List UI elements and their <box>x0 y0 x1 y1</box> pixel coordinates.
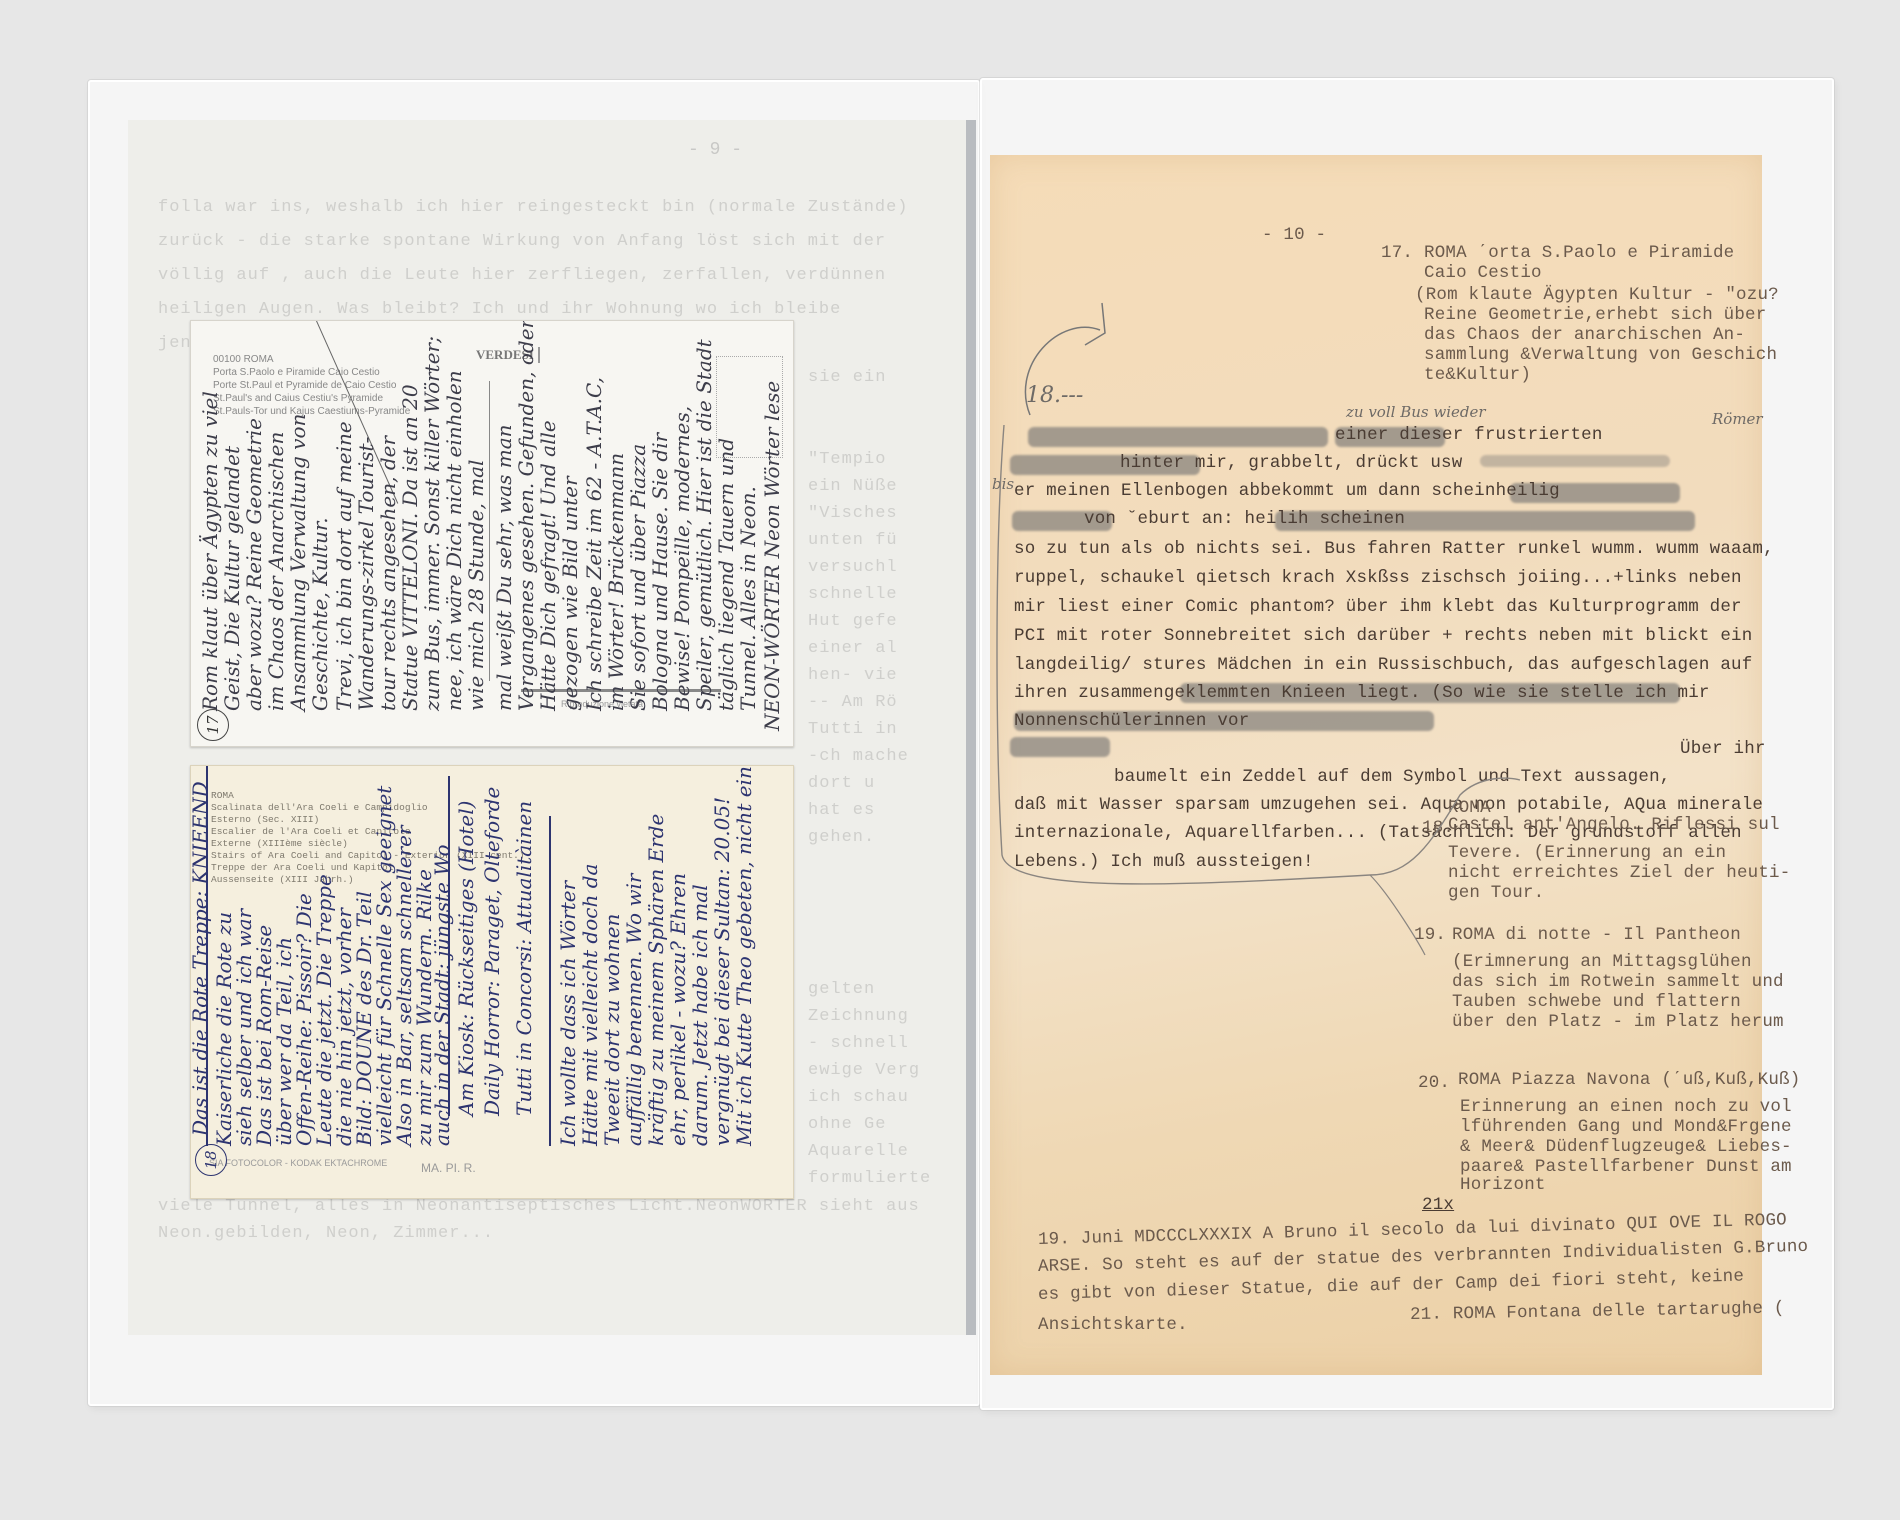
card-number-18: 18 <box>195 1144 227 1176</box>
paragraph-line: ihren zusammengeklemmten Knieen liegt. (… <box>1014 683 1710 703</box>
bg-line: "Tempio <box>808 450 886 469</box>
paragraph-line: PCI mit roter Sonnebreitet sich darüber … <box>1014 626 1752 646</box>
paragraph-line: mir liest einer Comic phantom? über ihm … <box>1014 597 1742 617</box>
entry-17-body: Reine Geometrie,erhebt sich über <box>1424 305 1766 325</box>
paragraph-line: von ˘eburt an: heilih scheinen <box>1084 509 1405 529</box>
bg-line: folla war ins, weshalb ich hier reingest… <box>158 198 909 217</box>
entry-20-line: & Meer& Düdenflugzeuge& Liebes- <box>1460 1137 1792 1157</box>
paragraph-line: hinter mir, grabbelt, drückt usw <box>1120 453 1462 473</box>
entry-20-title: ROMA Piazza Navona (ˊuß,Kuß,Kuß) <box>1458 1070 1800 1090</box>
bg-line: völlig auf , auch die Leute hier zerflie… <box>158 266 886 285</box>
bg-line: ich schau <box>808 1088 909 1107</box>
page-number: - 9 - <box>688 140 742 160</box>
bruno-line: Ansichtskarte. <box>1038 1315 1188 1335</box>
handwriting-line: Daily Horror: Paraget, Olteforde <box>479 776 505 1116</box>
paragraph-line: er meinen Ellenbogen abbekommt um dann s… <box>1014 481 1560 501</box>
marker-21x: 21x <box>1422 1195 1454 1215</box>
paragraph-line: Lebens.) Ich muß aussteigen! <box>1014 852 1314 872</box>
entry-20-line: paare& Pastellfarbener Dunst am <box>1460 1157 1792 1177</box>
bg-line: gelten <box>808 980 875 999</box>
page-number: - 10 - <box>1262 225 1326 245</box>
bg-line: unten fü <box>808 531 898 550</box>
bg-line: hat es <box>808 801 875 820</box>
entry-20-line: Horizont <box>1460 1175 1546 1195</box>
pencil-note-bus: zu voll Bus wieder <box>1346 403 1486 421</box>
paragraph-line: Über ihr <box>1680 739 1766 759</box>
entry-17-number: 17. <box>1381 243 1413 263</box>
bg-line: versuchl <box>808 558 898 577</box>
entry-21: 21. ROMA Fontana delle tartarughe ( <box>1410 1298 1785 1325</box>
bg-line: einer al <box>808 639 898 658</box>
paragraph-line: baumelt ein Zeddel auf dem Symbol und Te… <box>1114 767 1671 787</box>
paragraph-line: ruppel, schaukel qietsch krach Xskßss zi… <box>1014 568 1742 588</box>
entry-17-title: ROMA ˊorta S.Paolo e Piramide <box>1424 243 1734 263</box>
pencil-note-bis: bis <box>992 475 1014 493</box>
entry-17-body: das Chaos der anarchischen An- <box>1424 325 1745 345</box>
handwriting-line: Tunnel. Alles in Neon. <box>735 461 761 711</box>
entry-19-number: 19. <box>1414 925 1446 945</box>
entry-17-title-2: Caio Cestio <box>1424 263 1542 283</box>
redaction-mark <box>1010 737 1110 757</box>
pencil-note-roem: Römer <box>1712 410 1763 428</box>
entry-19-line: das sich im Rotwein sammelt und <box>1452 972 1784 992</box>
bg-line: "Visches <box>808 504 898 523</box>
entry-18-line: Castel ant'Angelo. Riflessi sul <box>1448 815 1780 835</box>
bg-line: sie ein <box>808 368 886 387</box>
bg-line: Aquarelle <box>808 1142 909 1161</box>
entry-17-body: te&Kultur) <box>1424 365 1531 385</box>
handwriting-line: auch in der Stadt: jüngste Wo <box>429 776 455 1146</box>
pencil-annotation-18: 18.--- <box>1026 383 1083 408</box>
paragraph-line: so zu tun als ob nichts sei. Bus fahren … <box>1014 539 1774 559</box>
bg-line: -- Am Rö <box>808 693 898 712</box>
entry-18-line: Tevere. (Erinnerung an ein <box>1448 843 1726 863</box>
publisher-mark: MA. PI. R. <box>421 1161 476 1175</box>
handwriting-line: Geschichte, Kultur. <box>307 441 333 711</box>
paragraph-line: langdeilig/ stures Mädchen in ein Russis… <box>1014 655 1752 675</box>
paragraph-line: Nonnenschülerinnen vor <box>1014 711 1249 731</box>
postcard-porta-san-paolo: 00100 ROMA Porta S.Paolo e Piramide Caio… <box>190 320 794 747</box>
bg-line: dort u <box>808 774 875 793</box>
imprint-text: SIA FOTOCOLOR - KODAK EKTACHROME <box>209 1158 387 1168</box>
entry-19-line: (Erimnerung an Mittagsglühen <box>1452 952 1752 972</box>
typed-page-10: - 10 - 17. ROMA ˊorta S.Paolo e Piramide… <box>990 155 1762 1375</box>
handwriting-line: Das ist die Rote Treppe: KNIEEND <box>190 776 213 1136</box>
bg-line: ohne Ge <box>808 1115 886 1134</box>
bg-line: heiligen Augen. Was bleibt? Ich und ihr … <box>158 300 841 319</box>
entry-18-line: nicht erreichtes Ziel der heuti- <box>1448 863 1790 883</box>
entry-18-line: gen Tour. <box>1448 883 1544 903</box>
handwriting-line: wie mich 28 Stunde, mal <box>463 331 489 711</box>
bg-line: hen- vie <box>808 666 898 685</box>
redaction-mark <box>1028 427 1328 447</box>
entry-20-number: 20. <box>1418 1073 1450 1093</box>
bg-line: schnelle <box>808 585 898 604</box>
entry-20-line: lführenden Gang und Mond&Frgene <box>1460 1117 1792 1137</box>
bg-line: Hut gefe <box>808 612 898 631</box>
redaction-mark <box>1480 455 1670 467</box>
postcard-divider <box>489 381 490 681</box>
bg-line: formulierte <box>808 1169 931 1188</box>
bg-line: -ch mache <box>808 747 909 766</box>
bg-line: zurück - die starke spontane Wirkung von… <box>158 232 886 251</box>
entry-19-title: ROMA di notte - Il Pantheon <box>1452 925 1741 945</box>
handwriting-line: NEON-WÖRTER Neon Wörter lese <box>759 331 785 731</box>
entry-17-body: (Rom klaute Ägypten Kultur - "ozu? <box>1415 285 1779 305</box>
bg-line: Zeichnung <box>808 1007 909 1026</box>
handwriting-line: gezogen wie Bild unter <box>557 331 583 711</box>
entry-19-line: über den Platz - im Platz herum <box>1452 1012 1784 1032</box>
bg-line: Neon.gebilden, Neon, Zimmer... <box>158 1224 494 1243</box>
bg-line: - schnell <box>808 1034 909 1053</box>
handwriting-line: Am Kiosk: Rückseitiges (Hotel) <box>453 776 479 1116</box>
paragraph-line: einer dieser frustrierten <box>1335 425 1603 445</box>
entry-20-line: Erinnerung an einen noch zu vol <box>1460 1097 1792 1117</box>
card-number-17: 17 <box>197 709 229 741</box>
postcard-ara-coeli: ROMA Scalinata dell'Ara Coeli e Campidog… <box>190 765 794 1199</box>
pen-divider <box>549 816 551 1146</box>
entry-17-body: sammlung &Verwaltung von Geschich <box>1424 345 1777 365</box>
handwriting-line: Tutti in Concorsi: Attualitàinen <box>511 776 537 1116</box>
bg-line: ewige Verg <box>808 1061 920 1080</box>
bg-line: viele Tunnel, alles in Neonantiseptische… <box>158 1197 920 1216</box>
bg-line: Tutti in <box>808 720 898 739</box>
paragraph-line: daß mit Wasser sparsam umzugehen sei. Aq… <box>1014 795 1763 815</box>
bg-line: gehen. <box>808 828 875 847</box>
entry-19-line: Tauben schwebe und flattern <box>1452 992 1741 1012</box>
handwriting-line: Mit ich Kutte Theo gebeten, nicht ein: S… <box>731 776 757 1146</box>
bg-line: ein Nüße <box>808 477 898 496</box>
